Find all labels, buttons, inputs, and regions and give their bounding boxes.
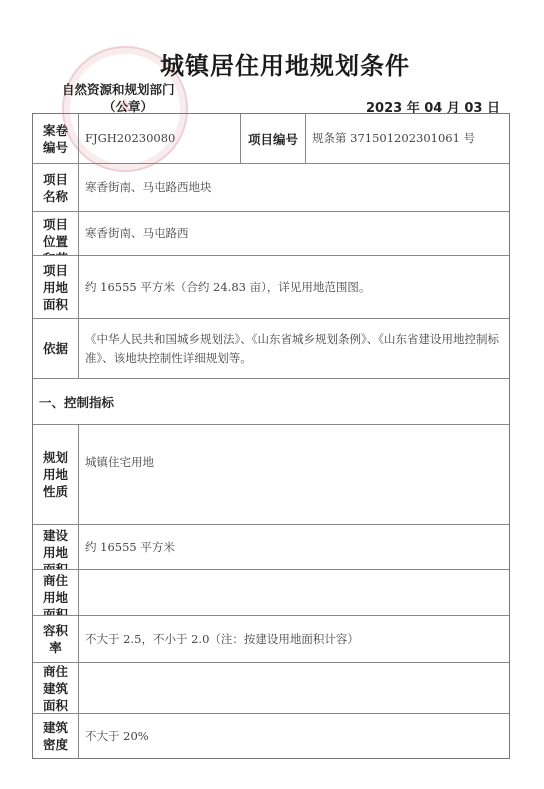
table-row: 建设用地面积 约 16555 平方米 (33, 525, 509, 570)
commercial-residential-land-value (79, 570, 509, 615)
table-row: 依据 《中华人民共和国城乡规划法》、《山东省城乡规划条例》、《山东省建设用地控制… (33, 319, 509, 379)
construction-area-value: 约 16555 平方米 (79, 525, 509, 569)
commercial-residential-floor-area-value (79, 663, 509, 713)
land-use-value: 城镇住宅用地 (79, 425, 509, 524)
table-row: 商住用地面积 (33, 570, 509, 616)
commercial-residential-land-label: 商住用地面积 (33, 570, 79, 615)
project-number-label: 项目编号 (240, 114, 306, 163)
plot-ratio-label: 容积率 (33, 616, 79, 662)
table-row: 项目用地面积 约 16555 平方米（合约 24.83 亩），详见用地范围图。 (33, 256, 509, 319)
document-title: 城镇居住用地规划条件 (160, 46, 410, 81)
project-location-label: 项目位置和范 (33, 212, 79, 255)
table-row: 项目名称 寒香街南、马屯路西地块 (33, 164, 509, 212)
construction-area-label: 建设用地面积 (33, 525, 79, 569)
table-row: 商住建筑面积 (33, 663, 509, 714)
land-use-label: 规划用地性质 (33, 425, 79, 524)
case-number-value: FJGH20230080 (79, 114, 240, 163)
table-row: 建筑密度 不大于 20% (33, 714, 509, 758)
table-row-case: 案卷编号 FJGH20230080 项目编号 规条第 3715012023010… (33, 114, 509, 164)
building-density-label: 建筑密度 (33, 714, 79, 758)
plot-ratio-value: 不大于 2.5，不小于 2.0（注：按建设用地面积计容） (79, 616, 509, 662)
project-location-value: 寒香街南、马屯路西 (79, 212, 509, 255)
project-area-value: 约 16555 平方米（合约 24.83 亩），详见用地范围图。 (79, 256, 509, 318)
table-row: 容积率 不大于 2.5，不小于 2.0（注：按建设用地面积计容） (33, 616, 509, 663)
section-header-row: 一、控制指标 (33, 379, 509, 425)
table-row: 规划用地性质 城镇住宅用地 (33, 425, 509, 525)
building-density-value: 不大于 20% (79, 714, 509, 758)
project-name-value: 寒香街南、马屯路西地块 (79, 164, 509, 211)
section-title: 一、控制指标 (33, 379, 120, 424)
case-number-label: 案卷编号 (33, 114, 79, 163)
basis-label: 依据 (33, 319, 79, 378)
project-name-label: 项目名称 (33, 164, 79, 211)
project-area-label: 项目用地面积 (33, 256, 79, 318)
project-number-value: 规条第 371501202301061 号 (306, 114, 509, 163)
commercial-residential-floor-area-label: 商住建筑面积 (33, 663, 79, 713)
issuing-department: 自然资源和规划部门 (62, 80, 175, 98)
table-row: 项目位置和范 寒香街南、马屯路西 (33, 212, 509, 256)
basis-value: 《中华人民共和国城乡规划法》、《山东省城乡规划条例》、《山东省建设用地控制标准》… (79, 319, 509, 378)
planning-conditions-table: 案卷编号 FJGH20230080 项目编号 规条第 3715012023010… (32, 113, 510, 759)
